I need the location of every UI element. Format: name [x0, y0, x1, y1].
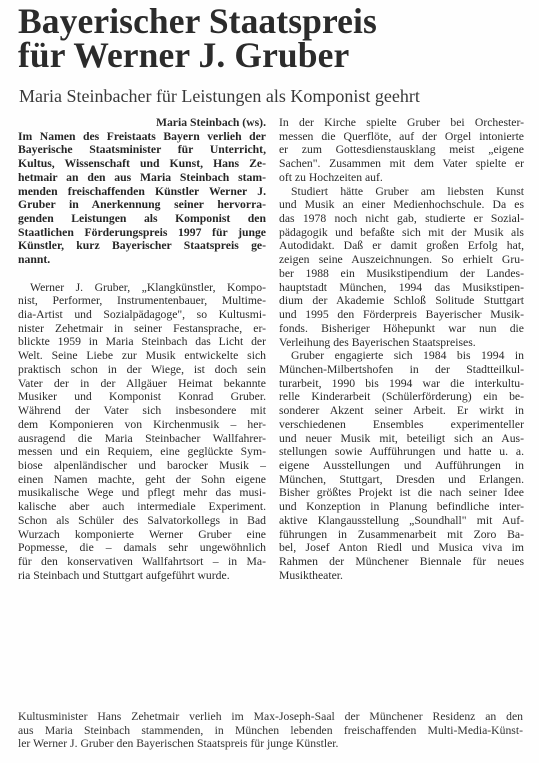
- headline-line-2: für Werner J. Gruber: [18, 38, 528, 72]
- lead-line: hetmair an den aus Maria Steinbach stam-: [18, 171, 266, 185]
- body-line: und Musik an einer Medienhochschule. Da …: [279, 198, 524, 212]
- body-line: praktisch schon in der Wiege, ist doch s…: [18, 363, 266, 377]
- body-paragraph-3: Studiert hätte Gruber am liebsten Kunstu…: [279, 185, 524, 350]
- body-line: ausragend die Maria Steinbacher Wallfahr…: [18, 432, 266, 446]
- body-line: relle Kinderarbeit (Schülerförderung) ei…: [279, 390, 524, 404]
- subtitle: Maria Steinbacher für Leistungen als Kom…: [19, 86, 420, 106]
- body-line: Werner J. Gruber, „Klangkünstler, Kompo-: [18, 281, 266, 295]
- lead-line: genden Leistungen als Komponist den: [18, 212, 266, 226]
- body-paragraph-2: In der Kirche spielte Gruber bei Orchest…: [279, 116, 524, 185]
- body-line: Musiker und Komponist Konrad Gruber.: [18, 390, 266, 404]
- body-line: Schon als Schüler des Salvatorkollegs in…: [18, 514, 266, 528]
- body-line: kalische aber auch intermediale Experime…: [18, 500, 266, 514]
- byline: Maria Steinbach (ws).: [18, 116, 266, 130]
- body-line: ria Steinbach und Stuttgart aufgeführt w…: [18, 569, 266, 583]
- body-line: nist, Performer, Instrumentenbauer, Mult…: [18, 294, 266, 308]
- right-column: In der Kirche spielte Gruber bei Orchest…: [279, 116, 524, 582]
- lead-line: Kultus, Wissenschaft und Kunst, Hans Ze-: [18, 157, 266, 171]
- body-line: messen die Querflöte, auf der Orgel into…: [279, 130, 524, 144]
- body-line: Rahmen der Münchener Biennale für neues: [279, 555, 524, 569]
- body-line: zeigen seine Auszeichnungen. So erhielt …: [279, 253, 524, 267]
- lead-line: nannt.: [18, 253, 266, 267]
- body-line: Autodidakt. Daß er damit großen Erfolg h…: [279, 239, 524, 253]
- body-line: München-Milbertshofen in der Stadtteilku…: [279, 363, 524, 377]
- photo-caption: Kultusminister Hans Zehetmair verlieh im…: [18, 710, 523, 751]
- body-line: stellungen sowie Aufführungen und hatte …: [279, 445, 524, 459]
- body-line: Vater der in der Allgäuer Heimat bekannt…: [18, 377, 266, 391]
- lead-line: Bayerische Staatsminister für Unterricht…: [18, 143, 266, 157]
- body-line: Popmesse, die – damals sehr ungewöhnlich: [18, 541, 266, 555]
- body-line: Verleihung des Bayerischen Staatspreises…: [279, 336, 524, 350]
- body-line: er zum Gottesdienstausklang meist „eigen…: [279, 143, 524, 157]
- body-line: nister Zehetmair in seiner Festansprache…: [18, 322, 266, 336]
- body-line: dia-Artist und Sozialpädagoge", so Kultu…: [18, 308, 266, 322]
- left-column: Maria Steinbach (ws). Im Namen des Freis…: [18, 116, 266, 582]
- body-line: Wurzach komponierte Werner Gruber eine: [18, 528, 266, 542]
- body-line: Bisher größtes Projekt ist die nach sein…: [279, 486, 524, 500]
- body-line: In der Kirche spielte Gruber bei Orchest…: [279, 116, 524, 130]
- body-line: fonds. Bisheriger Höhepunkt war nun die: [279, 322, 524, 336]
- body-line: dium der Akademie Schloß Solitude Stuttg…: [279, 294, 524, 308]
- body-line: turarbeit, 1990 bis 1994 war die interku…: [279, 377, 524, 391]
- headline: Bayerischer Staatspreis für Werner J. Gr…: [18, 4, 528, 72]
- body-line: Gruber engagierte sich 1984 bis 1994 in: [279, 349, 524, 363]
- body-line: hauptstadt München, 1994 das Musikstipen…: [279, 281, 524, 295]
- body-line: eigene Ausstellungen und Aufführungen in: [279, 459, 524, 473]
- body-line: Während der Vater sich insbesondere mit: [18, 404, 266, 418]
- lead-line: Staatlichen Förderungspreis 1997 für jun…: [18, 226, 266, 240]
- body-line: Sachen". Zusammen mit dem Vater spielte …: [279, 157, 524, 171]
- body-line: das 1978 noch nicht gab, studierte er So…: [279, 212, 524, 226]
- body-paragraph-4: Gruber engagierte sich 1984 bis 1994 inM…: [279, 349, 524, 582]
- body-line: messen und ein Requiem, eine geglückte S…: [18, 445, 266, 459]
- caption-line: Kultusminister Hans Zehetmair verlieh im…: [18, 710, 523, 724]
- lead-paragraph: Im Namen des Freistaats Bayern verlieh d…: [18, 130, 266, 267]
- body-line: und neuer Musik mit, beteiligt sich an A…: [279, 432, 524, 446]
- body-paragraph-1: Werner J. Gruber, „Klangkünstler, Kompo-…: [18, 281, 266, 583]
- body-line: bel, Josef Anton Riedl und Musica viva i…: [279, 541, 524, 555]
- body-line: verschiedenen Ensembles experimenteller: [279, 418, 524, 432]
- body-line: blickte 1959 in Maria Steinbach das Lich…: [18, 335, 266, 349]
- lead-line: Im Namen des Freistaats Bayern verlieh d…: [18, 130, 266, 144]
- body-line: Musiktheater.: [279, 569, 524, 583]
- body-line: ber 1988 ein Musikstipendium der Landes-: [279, 267, 524, 281]
- headline-line-1: Bayerischer Staatspreis: [18, 4, 528, 38]
- body-line: München, Stuttgart, Dresden und Erlangen…: [279, 473, 524, 487]
- lead-line: Gruber in Anerkennung seiner hervorra-: [18, 198, 266, 212]
- body-line: einen Namen machte, geht der Sohn eigene: [18, 473, 266, 487]
- body-line: und 1995 den Förderpreis Bayerischer Mus…: [279, 308, 524, 322]
- body-line: führungen in Zusammenarbeit mit Zoro Ba-: [279, 528, 524, 542]
- body-line: für den konservativen Wallfahrtsort – in…: [18, 555, 266, 569]
- body-line: musikalische Wege und pflegt mehr das mu…: [18, 486, 266, 500]
- body-line: pädagogik und befaßte sich mit der Musik…: [279, 226, 524, 240]
- caption-line: ler Werner J. Gruber den Bayerischen Sta…: [18, 737, 523, 751]
- body-line: Welt. Seine Liebe zur Musik entwickelte …: [18, 349, 266, 363]
- body-line: biose alpenländischer und barocker Musik…: [18, 459, 266, 473]
- lead-line: Künstler, kurz Bayerischer Staatspreis g…: [18, 239, 266, 253]
- body-line: und Konzeption in Planung befindliche in…: [279, 500, 524, 514]
- body-line: aktive Klangausstellung „Soundhall" mit …: [279, 514, 524, 528]
- lead-line: menden freischaffenden Künstler Werner J…: [18, 185, 266, 199]
- body-line: sonderer Akzent seiner Arbeit. Er wirkt …: [279, 404, 524, 418]
- body-line: dem Komponieren von Kirchenmusik – her-: [18, 418, 266, 432]
- caption-line: aus Maria Steinbach stammenden, in Münch…: [18, 724, 523, 738]
- body-line: Studiert hätte Gruber am liebsten Kunst: [279, 185, 524, 199]
- body-line: oft zu Hochzeiten auf.: [279, 171, 524, 185]
